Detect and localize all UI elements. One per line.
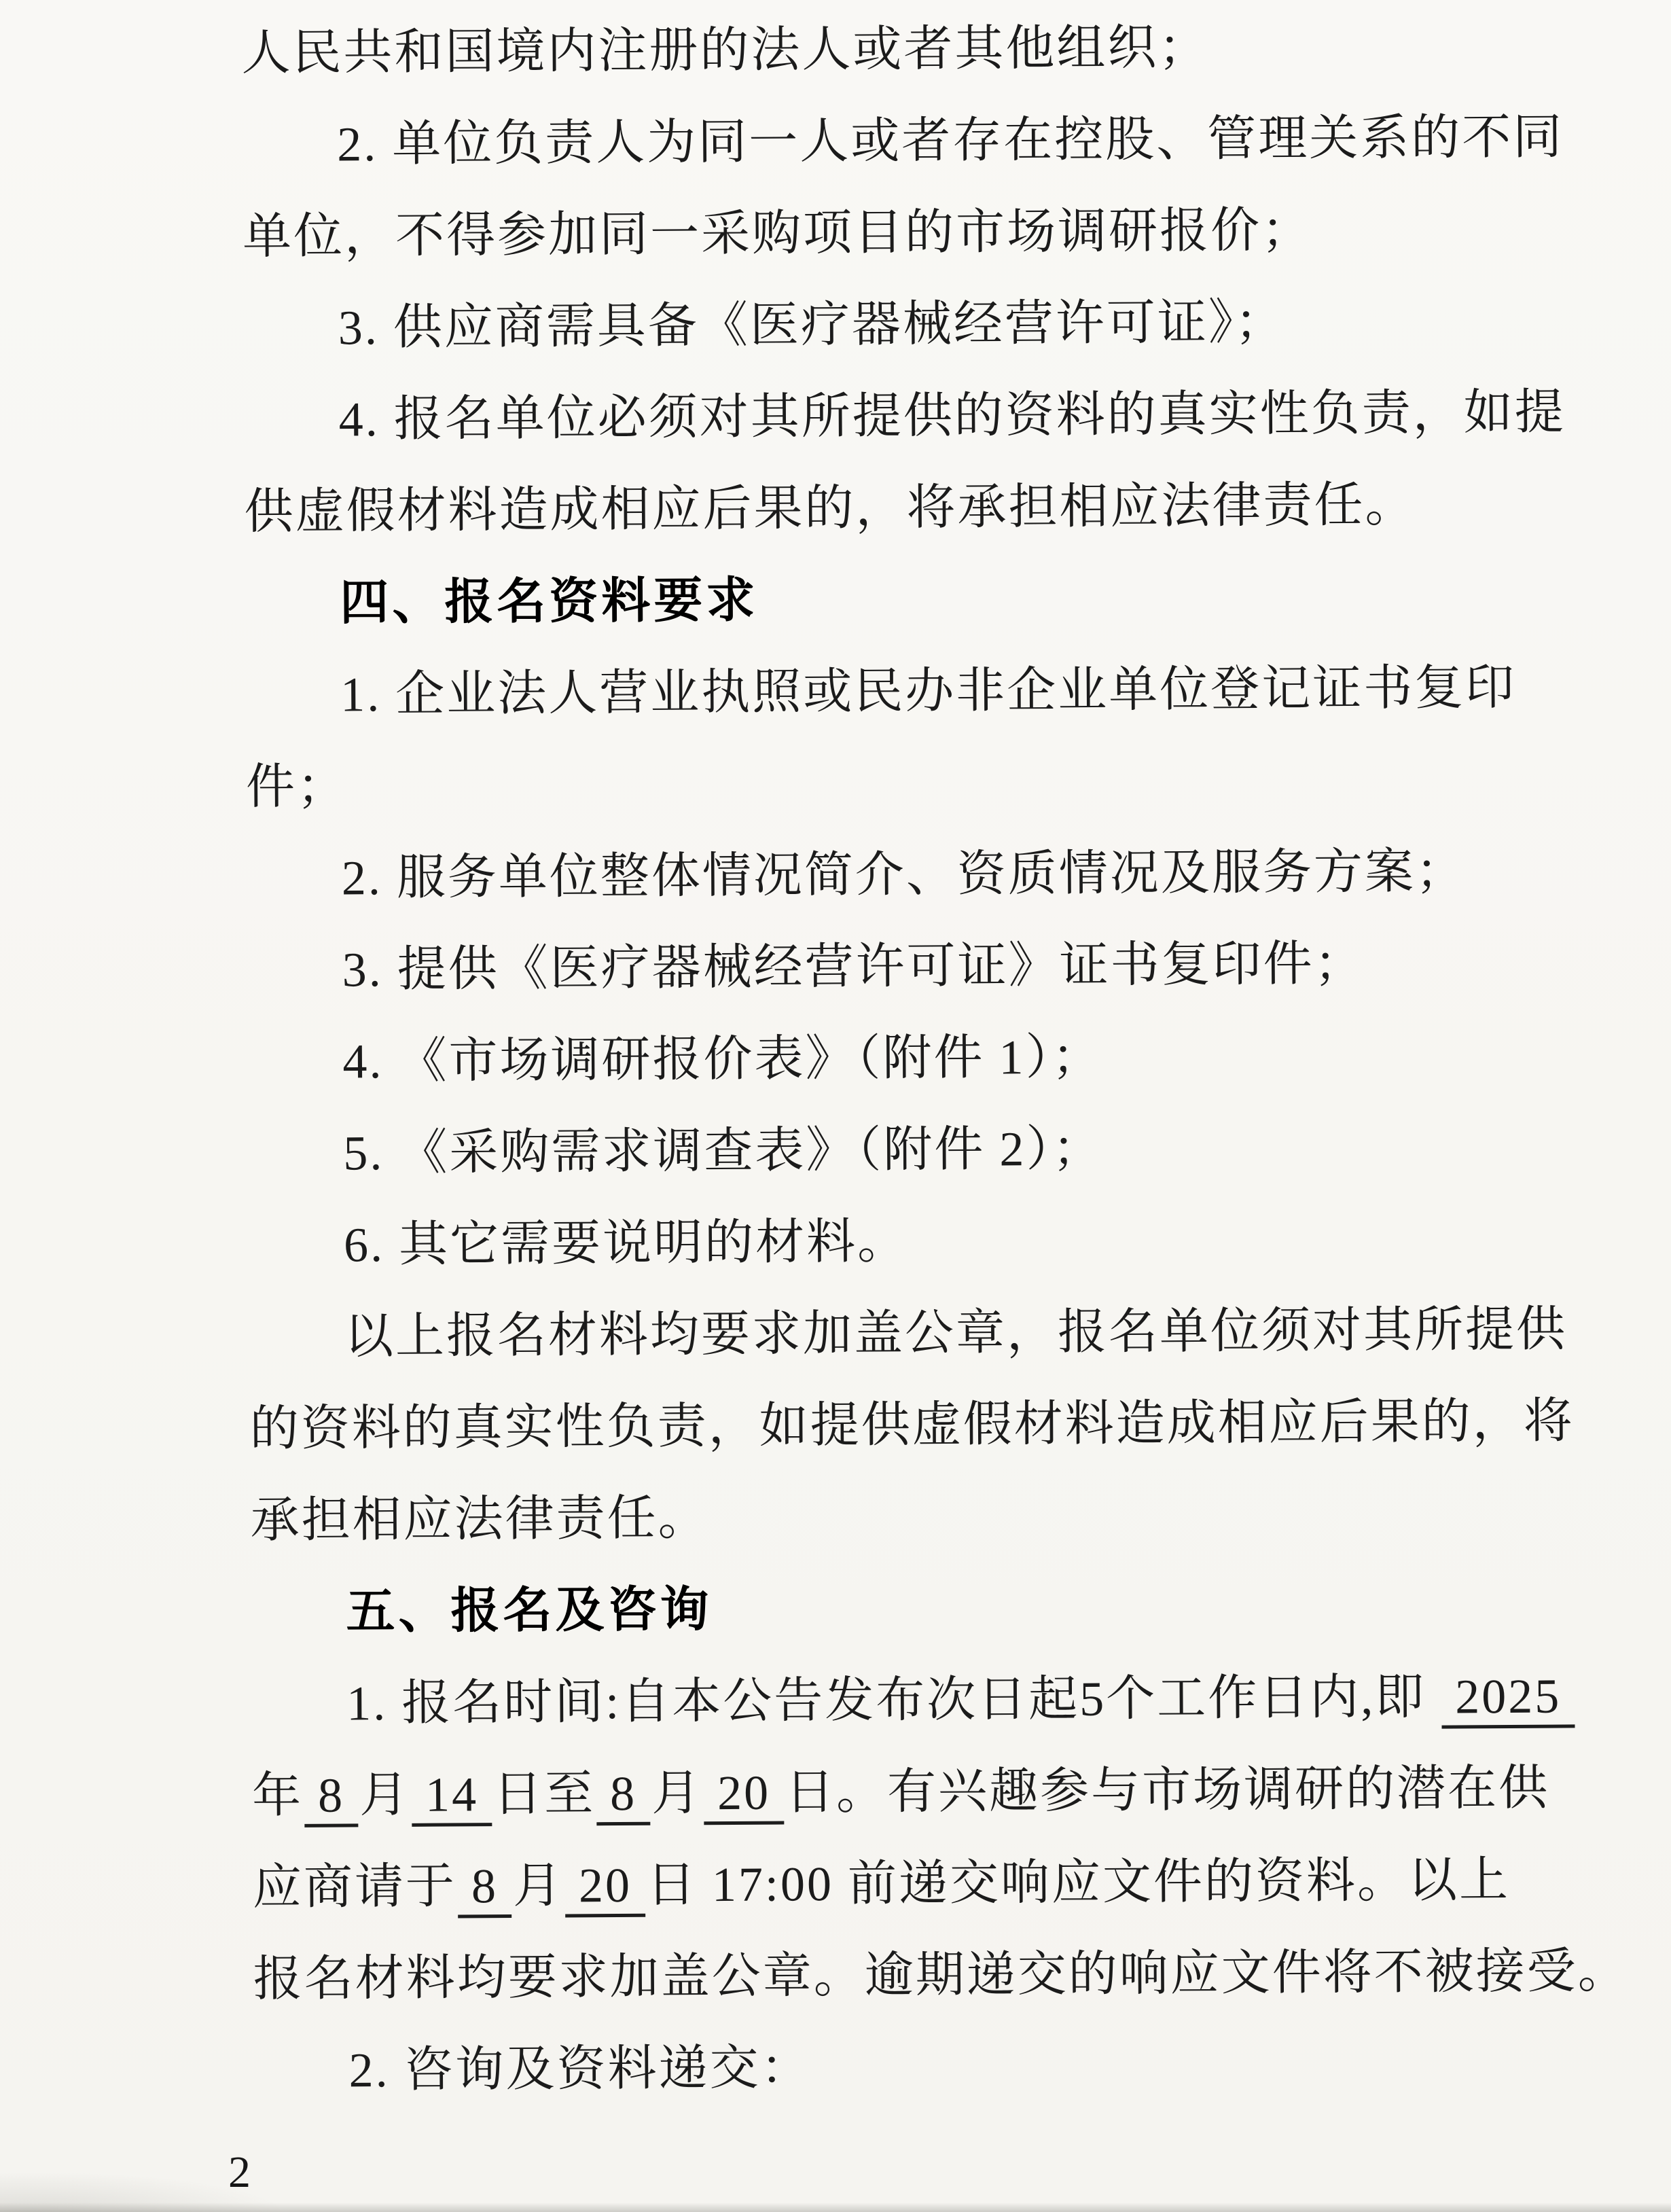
text-segment: 1. 报名时间:自本公告发布次日起5个工作日内,即	[346, 1670, 1440, 1731]
text-segment: 日至	[493, 1766, 596, 1821]
text-segment: 6. 其它需要说明的材料。	[344, 1214, 908, 1272]
text-segment: 4. 报名单位必须对其所提供的资料的真实性负责，如提	[338, 385, 1565, 446]
text-segment: 供虚假材料造成相应后果的，将承担相应法律责任。	[244, 478, 1416, 539]
scan-bottom-edge-shadow	[0, 2202, 1671, 2212]
text-segment: 1. 企业法人营业执照或民办非企业单位登记证书复印	[340, 660, 1516, 722]
document-body: 人民共和国境内注册的法人或者其他组织；2. 单位负责人为同一人或者存在控股、管理…	[0, 0, 1671, 2118]
text-line: 件；	[5, 732, 1671, 834]
blank-underline: 20	[704, 1768, 785, 1825]
text-line: 3. 提供《医疗器械经营许可证》证书复印件；	[5, 916, 1671, 1018]
text-segment: 年	[252, 1768, 304, 1823]
text-segment: 应商请于	[253, 1859, 456, 1914]
blank-underline: 2025	[1441, 1671, 1575, 1728]
section-heading: 四、报名资料要求	[3, 549, 1671, 651]
text-segment: 报名材料均要求加盖公章。逾期递交的响应文件将不被接受。	[253, 1944, 1628, 2006]
text-segment: 月	[651, 1766, 703, 1820]
text-line: 6. 其它需要说明的材料。	[7, 1191, 1671, 1293]
text-segment: 2. 服务单位整体情况简介、资质情况及服务方案；	[342, 844, 1467, 905]
text-line: 单位，不得参加同一采购项目的市场调研报价；	[1, 182, 1671, 284]
scanned-document-page: { "page": { "number": "2", "paper_color"…	[0, 0, 1671, 2212]
text-segment: 月	[513, 1858, 564, 1912]
text-segment: 承担相应法律责任。	[250, 1491, 708, 1548]
section-heading: 五、报名及咨询	[10, 1558, 1671, 1660]
text-segment: 5. 《采购需求调查表》（附件 2）；	[343, 1122, 1103, 1181]
blank-underline: 20	[565, 1861, 646, 1918]
text-line: 应商请于8月20日 17:00 前递交响应文件的资料。以上	[12, 1833, 1671, 1935]
blank-underline: 8	[596, 1769, 651, 1825]
text-segment: 月	[359, 1768, 411, 1822]
blank-underline: 8	[458, 1861, 512, 1918]
text-line: 的资料的真实性负责，如提供虚假材料造成相应后果的，将	[8, 1374, 1671, 1476]
text-line: 1. 报名时间:自本公告发布次日起5个工作日内,即 2025	[10, 1649, 1671, 1751]
blank-underline: 14	[412, 1770, 492, 1827]
text-segment: 3. 提供《医疗器械经营许可证》证书复印件；	[342, 936, 1365, 997]
text-line: 2. 单位负责人为同一人或者存在控股、管理关系的不同	[1, 90, 1671, 192]
text-line: 3. 供应商需具备《医疗器械经营许可证》；	[1, 274, 1671, 376]
text-segment: 人民共和国境内注册的法人或者其他组织；	[241, 20, 1209, 81]
text-segment: 单位，不得参加同一采购项目的市场调研报价；	[242, 203, 1312, 264]
text-line: 5. 《采购需求调查表》（附件 2）；	[7, 1099, 1671, 1201]
text-line: 1. 企业法人营业执照或民办非企业单位登记证书复印	[4, 641, 1671, 743]
text-segment: 以上报名材料均要求加盖公章，报名单位须对其所提供	[344, 1302, 1567, 1363]
text-segment: 四、报名资料要求	[340, 573, 758, 630]
text-line: 2. 咨询及资料递交：	[12, 2016, 1671, 2118]
text-segment: 4. 《市场调研报价表》（附件 1）；	[342, 1030, 1102, 1089]
text-segment: 五、报名及咨询	[346, 1582, 712, 1639]
text-segment: 件；	[246, 759, 348, 814]
text-line: 年8月14日至8月20日。有兴趣参与市场调研的潜在供	[11, 1741, 1671, 1843]
text-segment: 的资料的真实性负责，如提供虚假材料造成相应后果的，将	[250, 1393, 1575, 1456]
text-segment: 3. 供应商需具备《医疗器械经营许可证》；	[338, 295, 1286, 355]
text-segment: 日 17:00 前递交响应文件的资料。以上	[647, 1853, 1510, 1912]
text-segment: 2. 单位负责人为同一人或者存在控股、管理关系的不同	[337, 109, 1564, 171]
text-line: 报名材料均要求加盖公章。逾期递交的响应文件将不被接受。	[12, 1925, 1671, 2027]
text-segment: 2. 咨询及资料递交：	[348, 2040, 811, 2097]
blank-underline: 8	[304, 1770, 359, 1827]
text-line: 4. 《市场调研报价表》（附件 1）；	[6, 1007, 1671, 1109]
text-line: 人民共和国境内注册的法人或者其他组织；	[0, 0, 1671, 101]
text-segment: 日。有兴趣参与市场调研的潜在供	[785, 1761, 1549, 1820]
text-line: 供虚假材料造成相应后果的，将承担相应法律责任。	[3, 457, 1671, 559]
text-line: 以上报名材料均要求加盖公章，报名单位须对其所提供	[8, 1283, 1671, 1385]
text-line: 2. 服务单位整体情况简介、资质情况及服务方案；	[5, 824, 1671, 926]
text-line: 承担相应法律责任。	[9, 1466, 1671, 1568]
text-line: 4. 报名单位必须对其所提供的资料的真实性负责，如提	[2, 365, 1671, 467]
